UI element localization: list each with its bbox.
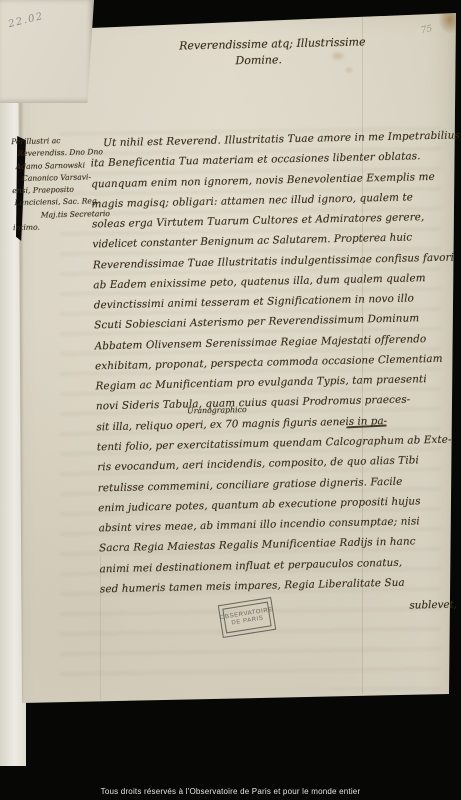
catchword: sublevet, bbox=[409, 599, 457, 612]
salutation-line: Domine. bbox=[235, 51, 366, 67]
manuscript-scan: 22.02 75 Reverendissime atq; Illustrissi… bbox=[0, 0, 461, 800]
salutation-line: Reverendissime atq; Illustrissime bbox=[179, 35, 366, 52]
letter-salutation: Reverendissime atq; Illustrissime Domine… bbox=[179, 35, 366, 68]
stamp-frame: OBSERVATOIRE DE PARIS bbox=[222, 602, 271, 634]
interlinear-insertion: Uranographico bbox=[187, 405, 247, 415]
letter-body: Ut nihil est Reverend. Illustritatis Tua… bbox=[90, 129, 461, 603]
handwriting-layer: Reverendissime atq; Illustrissime Domine… bbox=[0, 0, 461, 800]
copyright-caption: Tous droits réservés à l'Observatoire de… bbox=[0, 787, 461, 796]
